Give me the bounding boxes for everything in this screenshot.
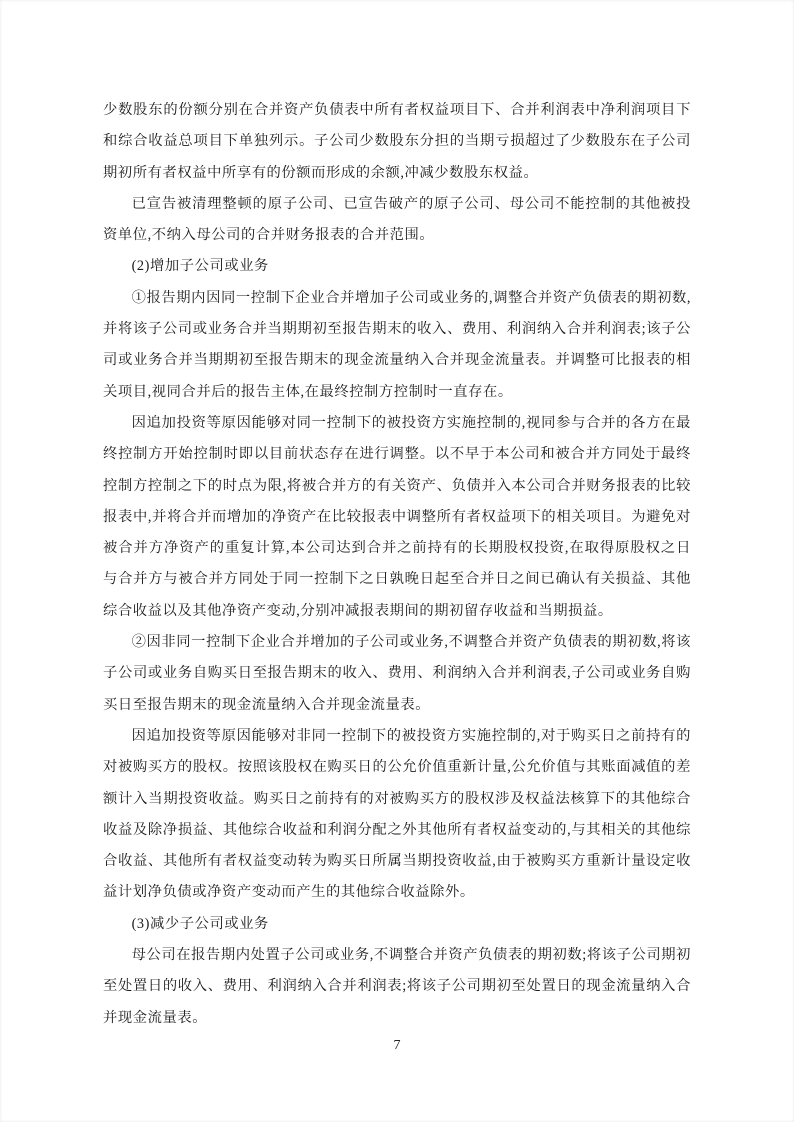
paragraph: 少数股东的份额分别在合并资产负债表中所有者权益项目下、合并利润表中净利润项目下和…: [103, 95, 691, 189]
paragraph: 母公司在报告期内处置子公司或业务,不调整合并资产负债表的期初数;将该子公司期初至…: [103, 940, 691, 1034]
document-page: 少数股东的份额分别在合并资产负债表中所有者权益项目下、合并利润表中净利润项目下和…: [0, 0, 794, 1122]
paragraph: 因追加投资等原因能够对同一控制下的被投资方实施控制的,视同参与合并的各方在最终控…: [103, 408, 691, 627]
paragraph: ②因非同一控制下企业合并增加的子公司或业务,不调整合并资产负债表的期初数,将该子…: [103, 627, 691, 721]
paragraph: ①报告期内因同一控制下企业合并增加子公司或业务的,调整合并资产负债表的期初数,并…: [103, 283, 691, 408]
paragraph: 因追加投资等原因能够对非同一控制下的被投资方实施控制的,对于购买日之前持有的对被…: [103, 721, 691, 909]
document-body: 少数股东的份额分别在合并资产负债表中所有者权益项目下、合并利润表中净利润项目下和…: [103, 95, 691, 1034]
paragraph: (3)减少子公司或业务: [103, 909, 691, 940]
paragraph: (2)增加子公司或业务: [103, 251, 691, 282]
page-number: 7: [0, 1036, 794, 1056]
paragraph: 已宣告被清理整顿的原子公司、已宣告破产的原子公司、母公司不能控制的其他被投资单位…: [103, 189, 691, 252]
